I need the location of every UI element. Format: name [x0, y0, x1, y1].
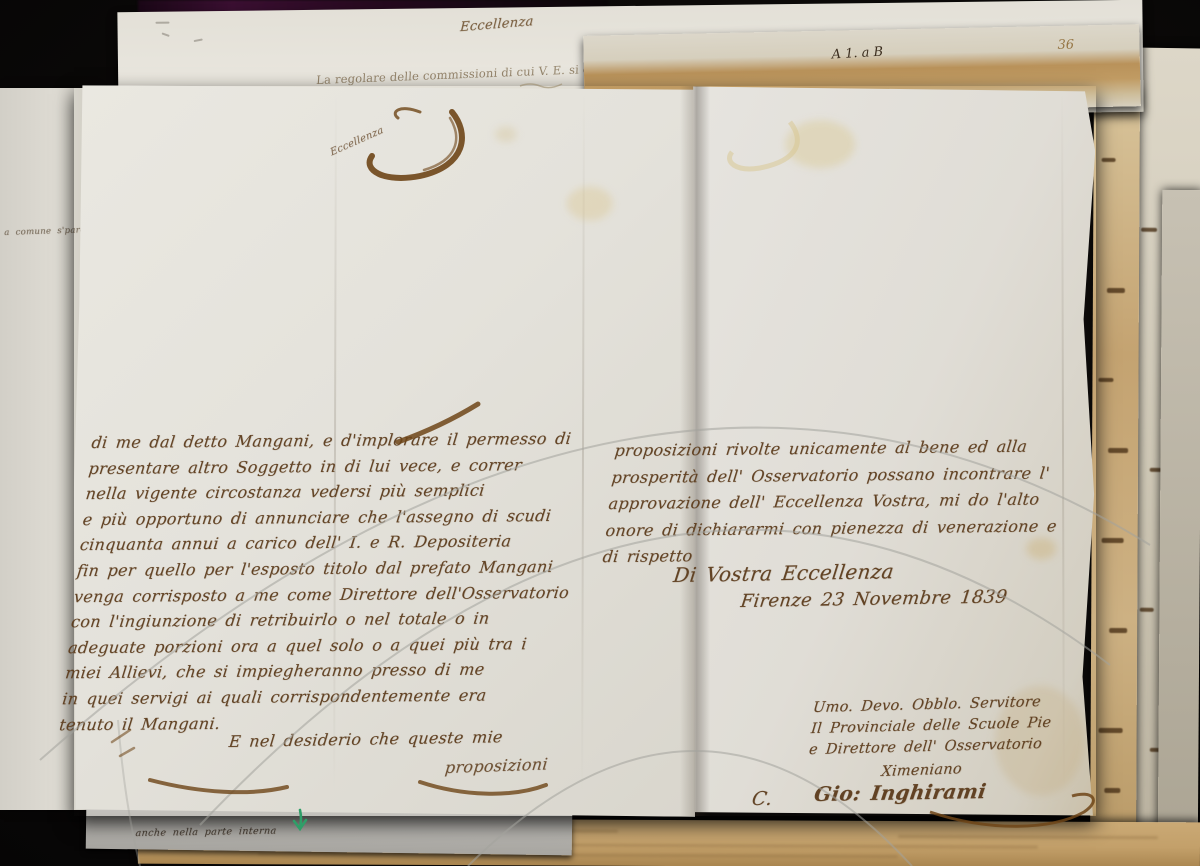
folio-number: 36: [1057, 38, 1074, 53]
letter-body-left: di me dal detto Mangani, e d'implorare i…: [58, 426, 588, 738]
carryover-word: proposizioni: [444, 754, 549, 777]
signature-prefix: C.: [750, 788, 774, 810]
cover-heading: Eccellenza: [460, 14, 534, 35]
manuscript-line: onore di dichiararmi con pienezza di ven…: [604, 513, 1058, 544]
folio-mark: A 1. a B: [831, 45, 883, 63]
underlying-leaf-right-far: [1158, 190, 1200, 866]
manuscript-line: in quei servigi ai quali corrispondentem…: [61, 682, 559, 712]
manuscript-line: fin per quello per l'esposto titolo dal …: [75, 554, 573, 584]
manuscript-line: approvazione dell' Eccellenza Vostra, mi…: [607, 486, 1061, 517]
letter-body-right: proposizioni rivolte unicamente al bene …: [601, 433, 1067, 570]
manuscript-line: presentare altro Soggetto in di lui vece…: [87, 451, 585, 481]
letter-spread: Eccellenza di me dal detto Mangani, e d'…: [74, 86, 1096, 816]
manuscript-line: venga corrisposto a me come Direttore de…: [73, 579, 571, 609]
archive-photo: a comune s'parole Eccellenza La regolare…: [0, 0, 1200, 866]
signature-block: Umo. Devo. Obblo. ServitoreIl Provincial…: [808, 692, 1054, 761]
signature-institution: Ximeniano: [881, 761, 963, 780]
signature-name: Gio: Inghirami: [813, 779, 988, 806]
manuscript-line: proposizioni rivolte unicamente al bene …: [613, 433, 1067, 464]
underlying-leaf-right-aged-margin: [1090, 88, 1140, 848]
manuscript-line: adeguate porzioni ora a quel solo o a qu…: [67, 631, 565, 661]
manuscript-line: di me dal detto Mangani, e d'implorare i…: [90, 426, 588, 456]
valediction: Di Vostra Eccellenza: [672, 559, 895, 587]
